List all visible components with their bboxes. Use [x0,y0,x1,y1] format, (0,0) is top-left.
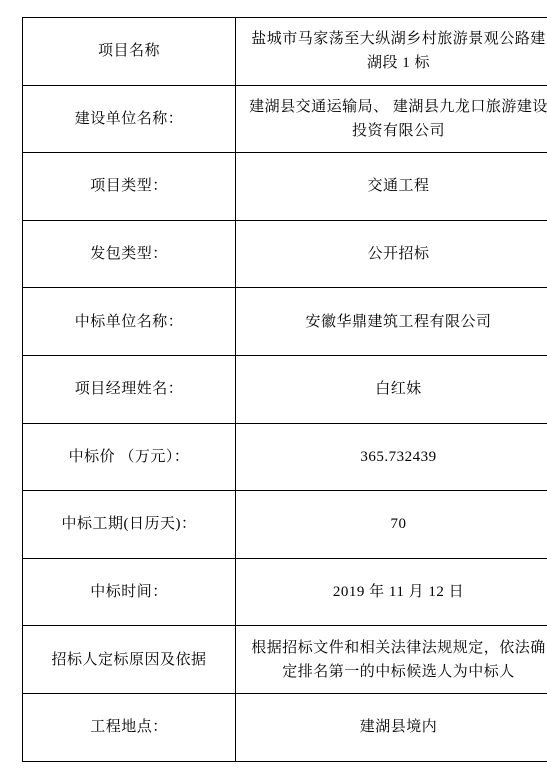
table-row: 工程地点： 建湖县境内 [23,693,547,761]
table-row: 项目类型： 交通工程 [23,153,547,221]
table-row: 项目名称 盐城市马家荡至大纵湖乡村旅游景观公路建湖段 1 标 [23,18,547,86]
row-value-contract-type: 公开招标 [236,220,547,288]
row-value-project-location: 建湖县境内 [236,693,547,761]
table-row: 发包类型： 公开招标 [23,220,547,288]
row-label-project-manager: 项目经理姓名： [23,355,236,423]
row-label-contract-type: 发包类型： [23,220,236,288]
table-row: 中标工期(日历天)： 70 [23,491,547,559]
row-value-project-manager: 白红妹 [236,355,547,423]
table-row: 中标单位名称： 安徽华鼎建筑工程有限公司 [23,288,547,356]
bid-result-table-body: 项目名称 盐城市马家荡至大纵湖乡村旅游景观公路建湖段 1 标 建设单位名称： 建… [23,18,547,762]
row-value-award-reason: 根据招标文件和相关法律法规规定，依法确定排名第一的中标候选人为中标人 [236,626,547,694]
table-row: 建设单位名称： 建湖县交通运输局、 建湖县九龙口旅游建设投资有限公司 [23,85,547,153]
row-label-project-type: 项目类型： [23,153,236,221]
row-value-project-type: 交通工程 [236,153,547,221]
bid-result-table: 项目名称 盐城市马家荡至大纵湖乡村旅游景观公路建湖段 1 标 建设单位名称： 建… [22,17,547,762]
row-value-winning-duration: 70 [236,491,547,559]
table-row: 招标人定标原因及依据 根据招标文件和相关法律法规规定，依法确定排名第一的中标候选… [23,626,547,694]
row-value-construction-unit: 建湖县交通运输局、 建湖县九龙口旅游建设投资有限公司 [236,85,547,153]
row-value-project-name: 盐城市马家荡至大纵湖乡村旅游景观公路建湖段 1 标 [236,18,547,86]
row-label-winning-price: 中标价 （万元）： [23,423,236,491]
table-row: 中标价 （万元）： 365.732439 [23,423,547,491]
row-value-winning-unit: 安徽华鼎建筑工程有限公司 [236,288,547,356]
table-row: 中标时间： 2019 年 11 月 12 日 [23,558,547,626]
row-label-project-name: 项目名称 [23,18,236,86]
table-row: 项目经理姓名： 白红妹 [23,355,547,423]
row-label-award-reason: 招标人定标原因及依据 [23,626,236,694]
row-label-construction-unit: 建设单位名称： [23,85,236,153]
row-label-project-location: 工程地点： [23,693,236,761]
row-value-winning-date: 2019 年 11 月 12 日 [236,558,547,626]
row-label-winning-unit: 中标单位名称： [23,288,236,356]
row-value-winning-price: 365.732439 [236,423,547,491]
row-label-winning-date: 中标时间： [23,558,236,626]
row-label-winning-duration: 中标工期(日历天)： [23,491,236,559]
